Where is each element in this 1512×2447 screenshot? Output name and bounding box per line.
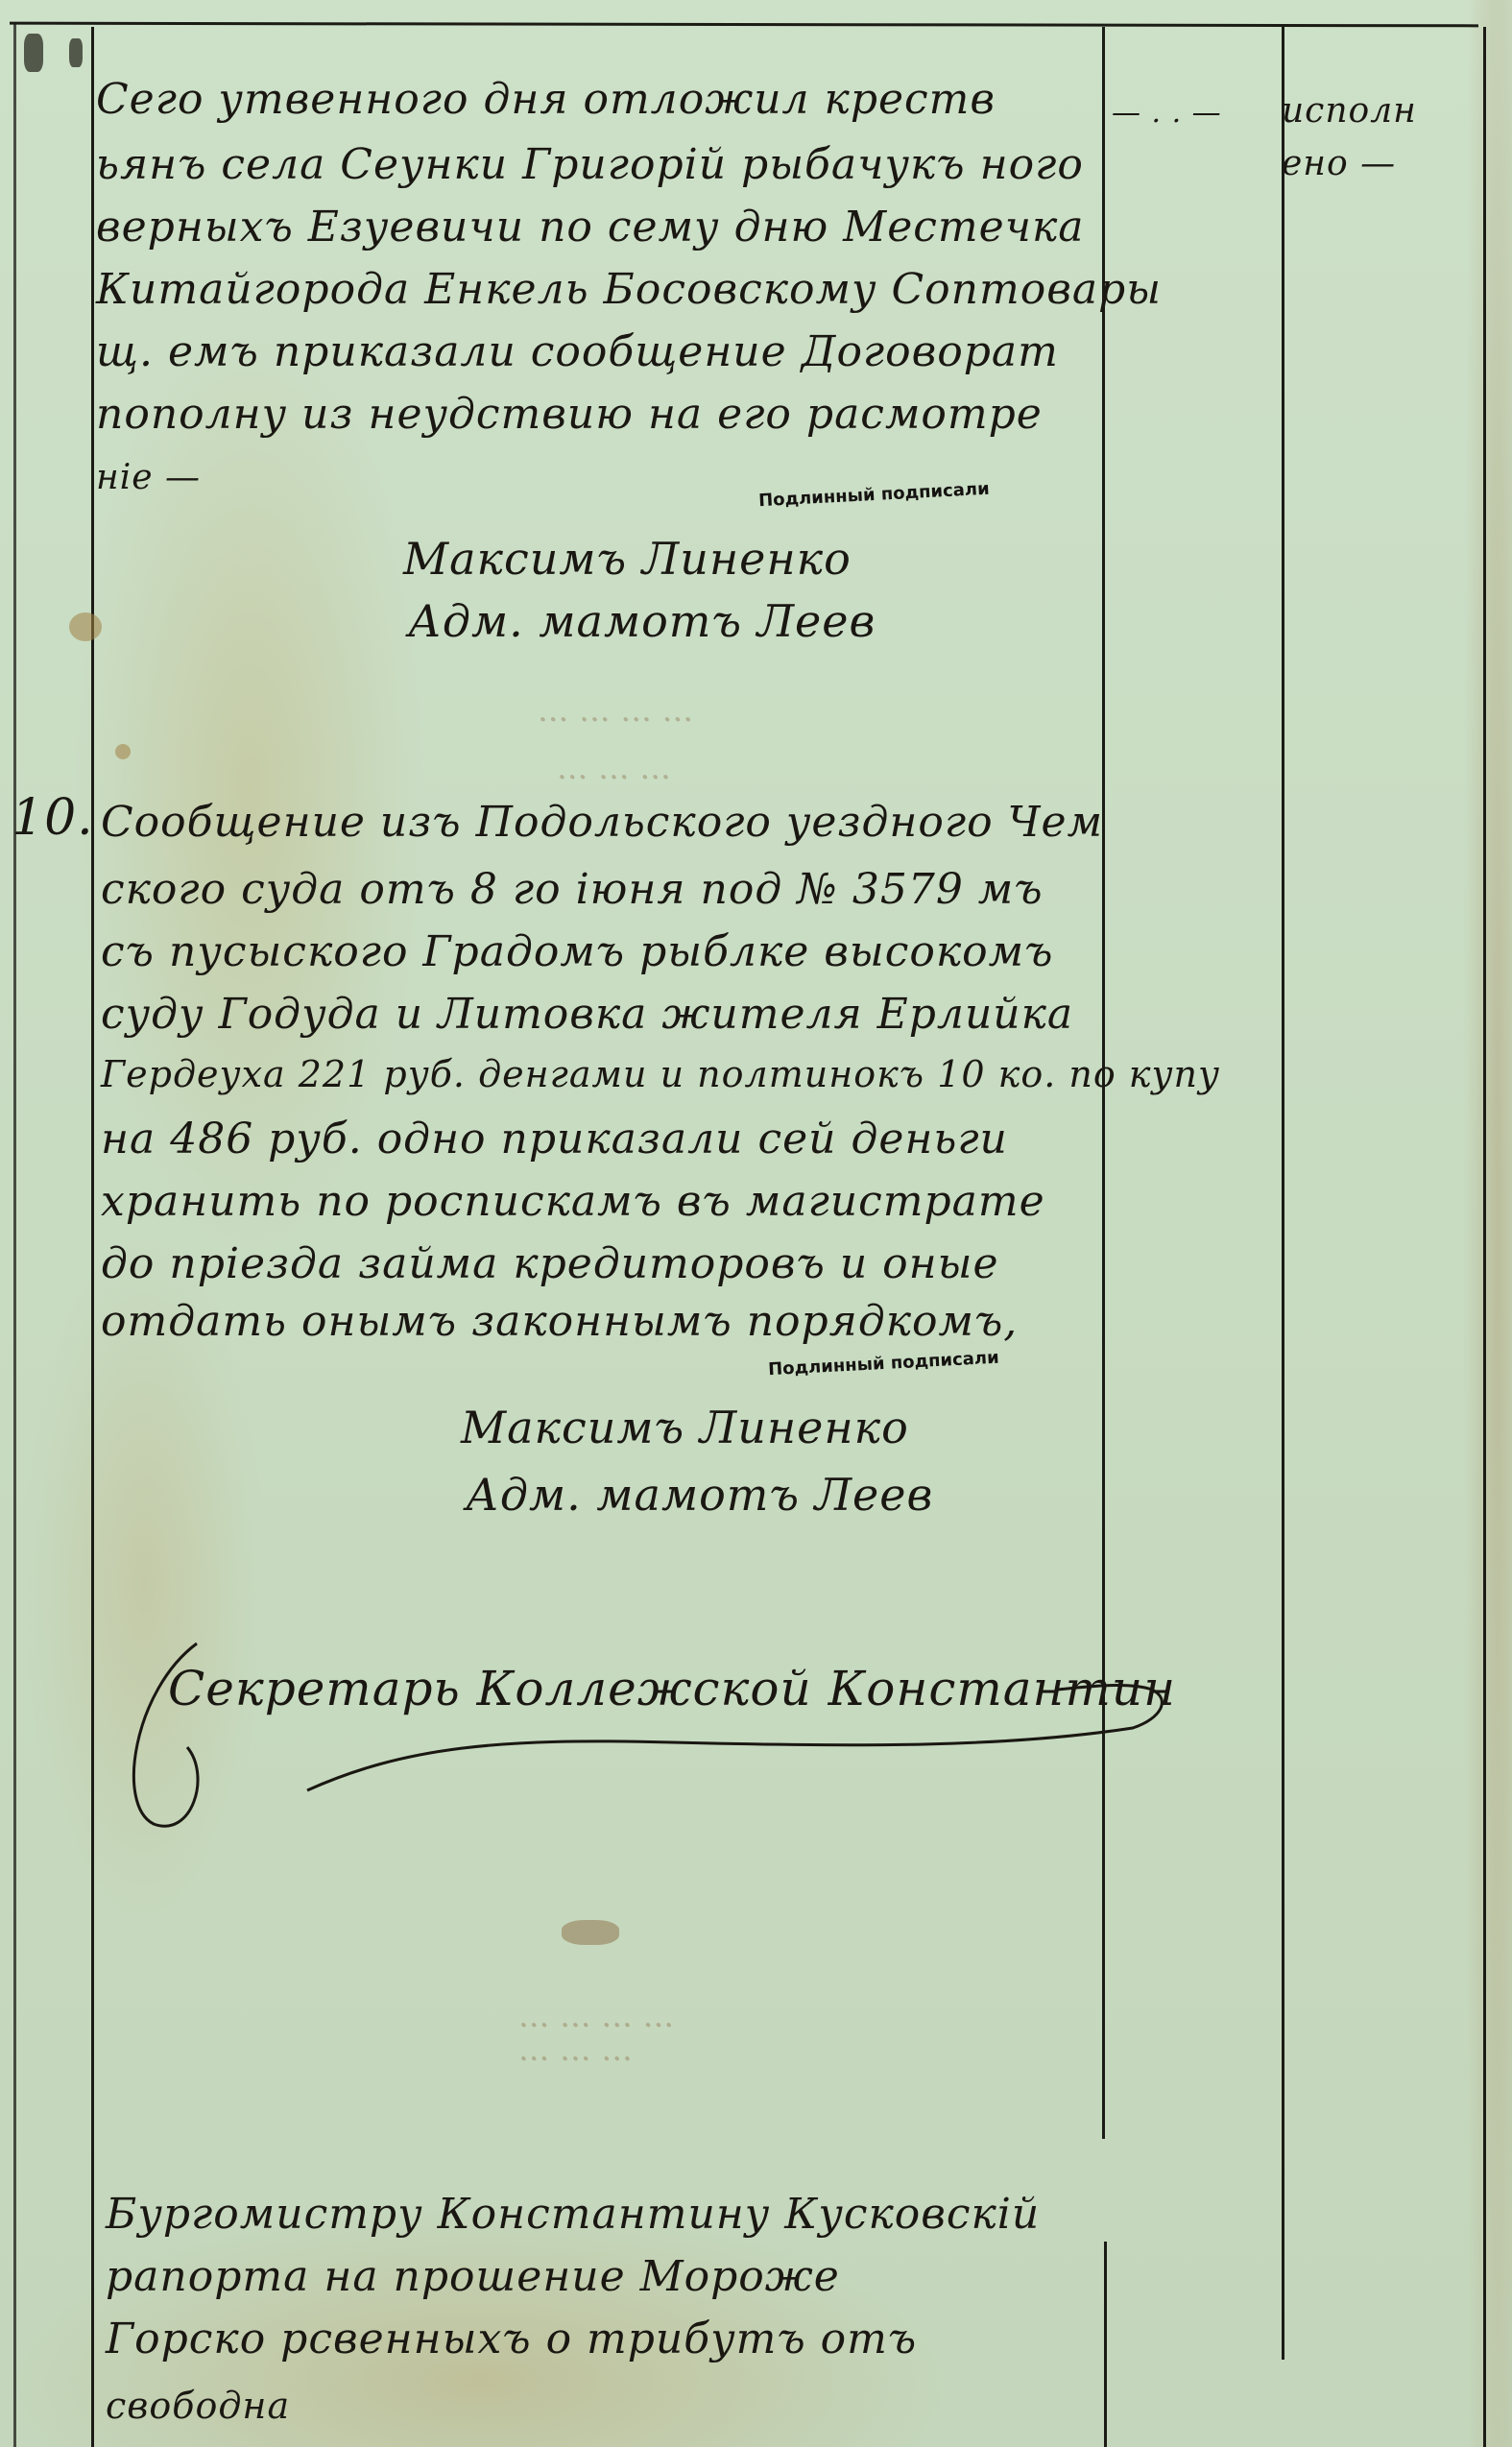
right-page-rule: [1483, 27, 1486, 2447]
signature-line: Максимъ Линенко: [461, 1402, 909, 1453]
entry-text-line: Сего утвенного дня отложил креств: [96, 79, 996, 121]
entry-text-line: на 486 руб. одно приказали сей деньги: [101, 1118, 1008, 1161]
bleed-through-text: ... ... ...: [557, 749, 671, 787]
entry-number: 10.: [12, 789, 94, 847]
original-signed-stamp: Подлинный подписали: [758, 479, 991, 512]
entry-text-line: ьянъ села Сеунки Григорій рыбачукъ ного: [96, 144, 1084, 186]
column-rule-1-lower: [1104, 2242, 1107, 2447]
signature-line: Адм. мамотъ Леев: [466, 1469, 933, 1521]
bleed-through-text: ... ... ... ...: [538, 691, 693, 730]
entry-text-line: ского суда отъ 8 го іюня под № 3579 мъ: [101, 869, 1044, 911]
right-column-note-line-2: ено —: [1282, 144, 1396, 183]
entry-text-line: ніе —: [96, 461, 201, 495]
entry-text-line: рапорта на прошение Мороже: [106, 2256, 840, 2298]
entry-text-line: пополну из неудствию на его расмотре: [96, 394, 1043, 436]
signature-line: Адм. мамотъ Леев: [408, 595, 876, 647]
right-column-dashes: — . . —: [1112, 96, 1222, 130]
ink-stain: [115, 744, 131, 759]
original-signed-stamp: Подлинный подписали: [768, 1348, 1000, 1380]
ink-blot: [24, 34, 43, 72]
signature-flourish: [0, 1613, 1512, 1997]
left-margin-rule: [91, 27, 94, 2447]
entry-text-line: щ. емъ приказали сообщение Договорат: [96, 331, 1059, 373]
right-column-note-line-1: исполн: [1282, 91, 1417, 131]
entry-text-line: свободна: [106, 2387, 290, 2424]
entry-text-line: Китайгорода Енкель Босовскому Соптовары: [96, 269, 1162, 311]
ink-stain: [69, 612, 102, 641]
entry-text-line: Бургомистру Константину Кусковскій: [106, 2194, 1040, 2236]
bleed-through-text: ... ... ... ...: [518, 1997, 674, 2035]
bleed-through-text: ... ... ...: [518, 2030, 633, 2069]
entry-text-line: хранить по роспискамъ въ магистрате: [101, 1181, 1045, 1223]
entry-text-line: верныхъ Езуевичи по сему дню Местечка: [96, 206, 1085, 249]
entry-text-line: отдать онымъ законнымъ порядкомъ,: [101, 1301, 1018, 1343]
entry-text-line: съ пусыского Градомъ рыблке высокомъ: [101, 931, 1053, 973]
outer-left-rule: [13, 23, 16, 2447]
top-rule: [10, 22, 1478, 28]
entry-text-line: суду Годуда и Литовка жителя Ерлийка: [101, 994, 1073, 1036]
entry-text-line: Горско рсвенныхъ о трибутъ отъ: [106, 2318, 917, 2361]
column-rule-2: [1282, 27, 1284, 2360]
ink-blot: [69, 38, 83, 67]
entry-text-line: Гердеуха 221 руб. денгами и полтинокъ 10…: [101, 1056, 1220, 1092]
entry-text-line: Сообщение изъ Подольского уездного Чем: [101, 802, 1103, 844]
ledger-page: — . . — исполн ено — Сего утвенного дня …: [0, 0, 1512, 2447]
entry-text-line: до пріезда займа кредиторовъ и оные: [101, 1243, 999, 1285]
signature-line: Максимъ Линенко: [403, 533, 852, 585]
